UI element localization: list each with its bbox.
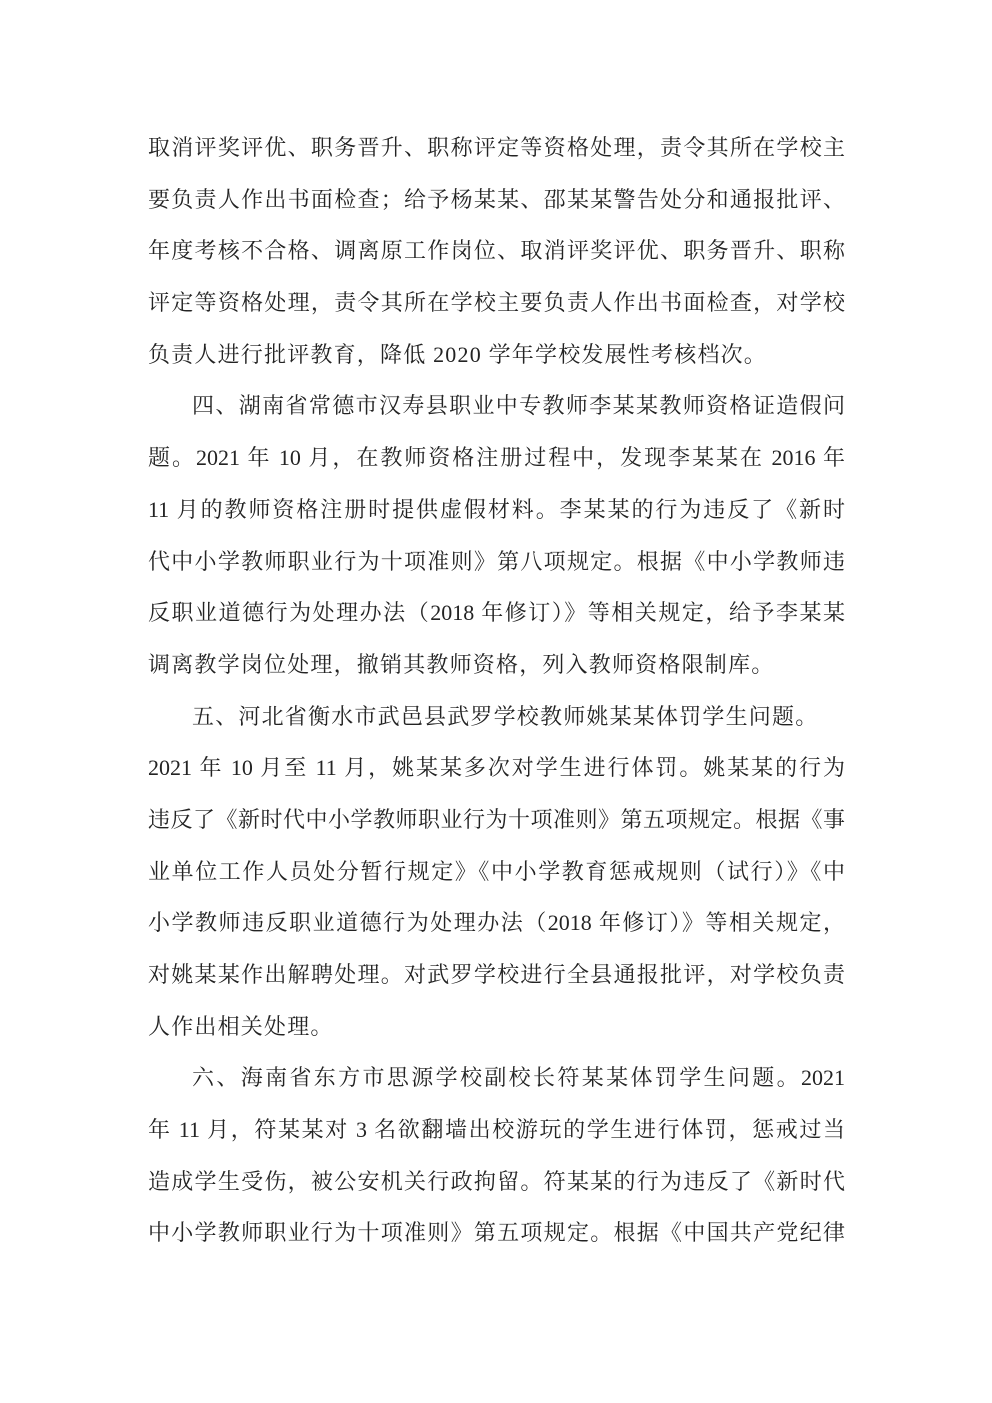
text-line-p2-l2: 题。2021 年 10 月，在教师资格注册过程中，发现李某某在 2016 年	[148, 432, 845, 484]
text-line-p4-l4: 中小学教师职业行为十项准则》第五项规定。根据《中国共产党纪律	[148, 1207, 845, 1259]
text-line-p3-l4: 业单位工作人员处分暂行规定》《中小学教育惩戒规则（试行）》《中	[148, 846, 845, 898]
text-line-p4-l2: 年 11 月，符某某对 3 名欲翻墙出校游玩的学生进行体罚，惩戒过当	[148, 1104, 845, 1156]
text-line-p2-l6: 调离教学岗位处理，撤销其教师资格，列入教师资格限制库。	[148, 639, 845, 691]
text-line-p1-l1: 取消评奖评优、职务晋升、职称评定等资格处理，责令其所在学校主	[148, 122, 845, 174]
text-line-p1-l4: 评定等资格处理，责令其所在学校主要负责人作出书面检查，对学校	[148, 277, 845, 329]
text-line-p2-l3: 11 月的教师资格注册时提供虚假材料。李某某的行为违反了《新时	[148, 484, 845, 536]
text-line-p1-l2: 要负责人作出书面检查；给予杨某某、邵某某警告处分和通报批评、	[148, 174, 845, 226]
text-line-p4-l3: 造成学生受伤，被公安机关行政拘留。符某某的行为违反了《新时代	[148, 1156, 845, 1208]
text-line-p3-l5: 小学教师违反职业道德行为处理办法（2018 年修订）》等相关规定，	[148, 897, 845, 949]
text-line-p4-l1: 六、海南省东方市思源学校副校长符某某体罚学生问题。2021	[148, 1052, 845, 1104]
text-line-p2-l4: 代中小学教师职业行为十项准则》第八项规定。根据《中小学教师违	[148, 536, 845, 588]
text-line-p2-l1: 四、湖南省常德市汉寿县职业中专教师李某某教师资格证造假问	[148, 380, 845, 432]
text-line-p1-l3: 年度考核不合格、调离原工作岗位、取消评奖评优、职务晋升、职称	[148, 225, 845, 277]
text-line-p3-l1: 五、河北省衡水市武邑县武罗学校教师姚某某体罚学生问题。	[148, 691, 845, 743]
text-line-p3-l3: 违反了《新时代中小学教师职业行为十项准则》第五项规定。根据《事	[148, 794, 845, 846]
text-line-p3-l6: 对姚某某作出解聘处理。对武罗学校进行全县通报批评，对学校负责	[148, 949, 845, 1001]
text-line-p3-l2: 2021 年 10 月至 11 月，姚某某多次对学生进行体罚。姚某某的行为	[148, 742, 845, 794]
text-line-p3-l7: 人作出相关处理。	[148, 1001, 845, 1053]
document-body: 取消评奖评优、职务晋升、职称评定等资格处理，责令其所在学校主要负责人作出书面检查…	[148, 122, 845, 1259]
text-line-p1-l5: 负责人进行批评教育，降低 2020 学年学校发展性考核档次。	[148, 329, 845, 381]
text-line-p2-l5: 反职业道德行为处理办法（2018 年修订）》等相关规定，给予李某某	[148, 587, 845, 639]
document-page: 取消评奖评优、职务晋升、职称评定等资格处理，责令其所在学校主要负责人作出书面检查…	[0, 0, 992, 1403]
